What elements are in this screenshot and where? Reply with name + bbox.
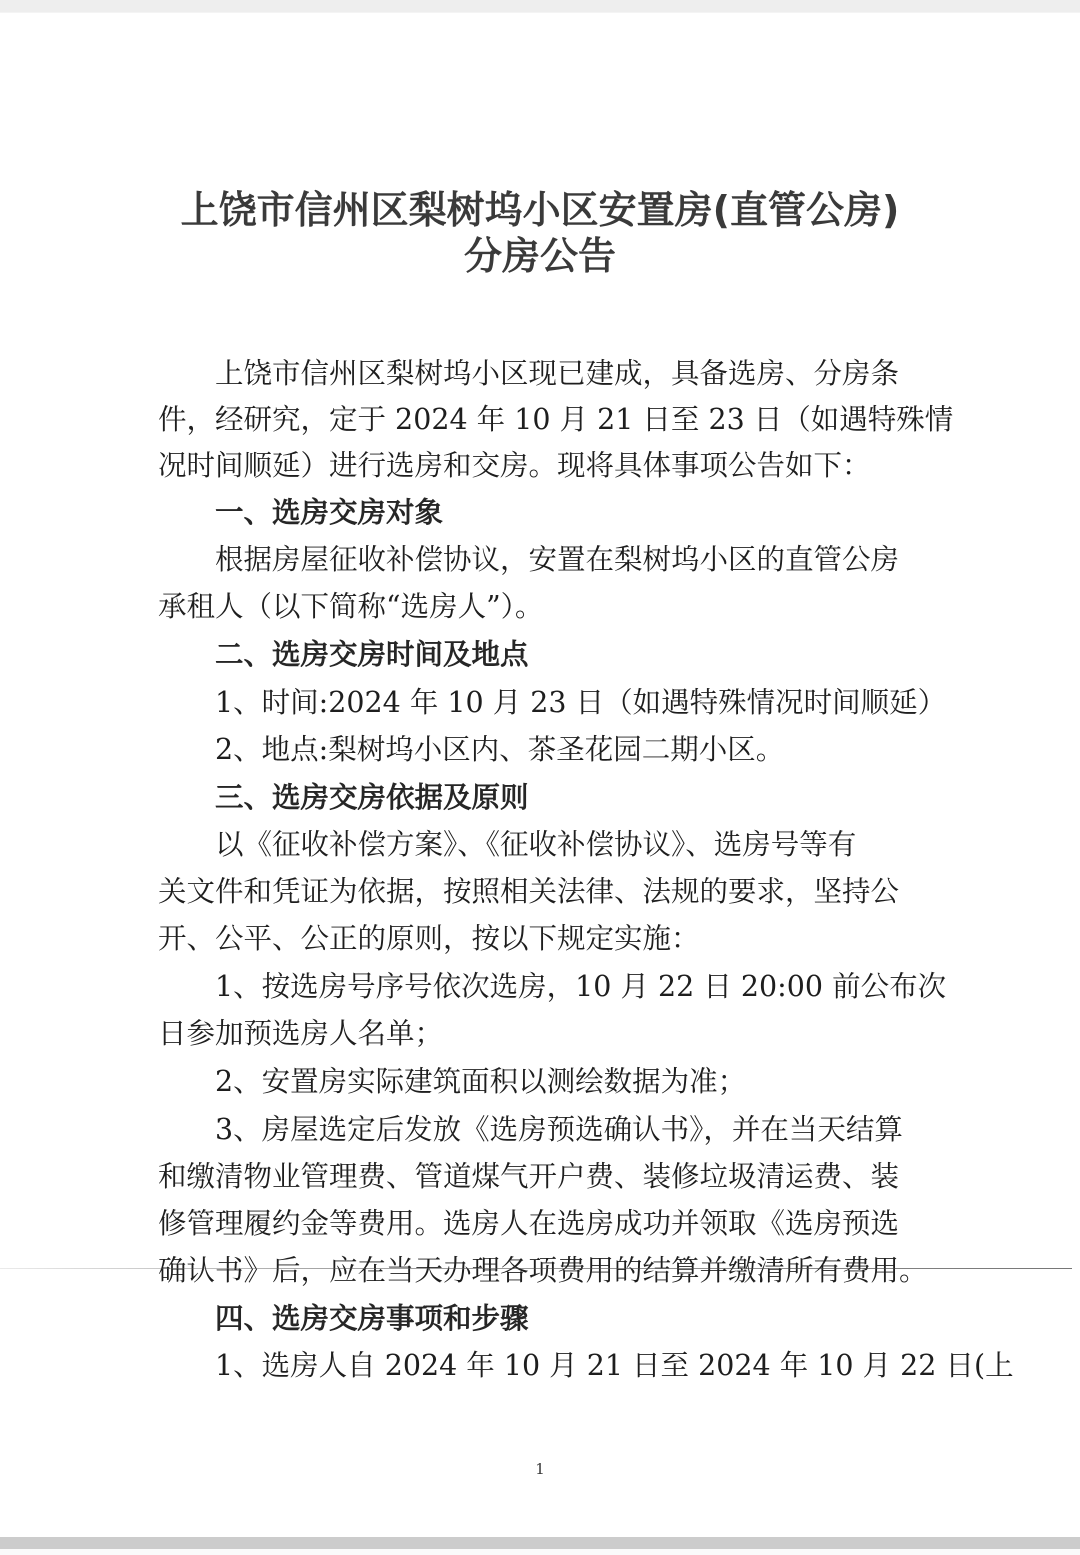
intro-paragraph-line-3: 况时间顺延）进行选房和交房。现将具体事项公告如下：	[158, 449, 928, 483]
page-number: 1	[0, 1460, 1080, 1478]
intro-paragraph-line-1: 上饶市信州区梨树坞小区现已建成，具备选房、分房条	[215, 357, 985, 391]
section-3-item-1-line-2: 日参加预选房人名单；	[158, 1017, 928, 1051]
intro-paragraph-line-2: 件，经研究，定于 2024 年 10 月 21 日至 23 日（如遇特殊情	[158, 403, 928, 437]
bottom-margin-band	[0, 1537, 1080, 1549]
section-1-line-1: 根据房屋征收补偿协议，安置在梨树坞小区的直管公房	[215, 543, 985, 577]
section-3-line-1: 以《征收补偿方案》、《征收补偿协议》、选房号等有	[215, 828, 985, 862]
section-3-item-3-line-3: 修管理履约金等费用。选房人在选房成功并领取《选房预选	[158, 1207, 928, 1241]
document-title-line-2: 分房公告	[140, 232, 940, 280]
section-heading-1: 一、选房交房对象	[215, 496, 985, 530]
section-3-item-3-line-4: 确认书》后，应在当天办理各项费用的结算并缴清所有费用。	[158, 1254, 928, 1288]
section-4-item-1-line-1: 1、选房人自 2024 年 10 月 21 日至 2024 年 10 月 22 …	[215, 1349, 985, 1383]
section-3-line-2: 关文件和凭证为依据，按照相关法律、法规的要求，坚持公	[158, 875, 928, 909]
document-title-line-1: 上饶市信州区梨树坞小区安置房(直管公房)	[140, 186, 940, 234]
section-heading-2: 二、选房交房时间及地点	[215, 638, 985, 672]
bottom-strip	[0, 1549, 1080, 1555]
section-3-item-3-line-2: 和缴清物业管理费、管道煤气开户费、装修垃圾清运费、装	[158, 1160, 928, 1194]
section-3-item-2: 2、安置房实际建筑面积以测绘数据为准；	[215, 1065, 985, 1099]
section-3-item-3-line-1: 3、房屋选定后发放《选房预选确认书》，并在当天结算	[215, 1113, 985, 1147]
section-heading-3: 三、选房交房依据及原则	[215, 781, 985, 815]
top-margin-band	[0, 0, 1080, 13]
scan-fold-line	[0, 1268, 1072, 1269]
section-heading-4: 四、选房交房事项和步骤	[215, 1302, 985, 1336]
section-2-item-1: 1、时间:2024 年 10 月 23 日（如遇特殊情况时间顺延）	[215, 686, 985, 720]
section-1-line-2: 承租人（以下简称“选房人”）。	[158, 590, 928, 624]
section-3-line-3: 开、公平、公正的原则，按以下规定实施：	[158, 922, 928, 956]
section-2-item-2: 2、地点:梨树坞小区内、茶圣花园二期小区。	[215, 733, 985, 767]
section-3-item-1-line-1: 1、按选房号序号依次选房，10 月 22 日 20:00 前公布次	[215, 970, 985, 1004]
